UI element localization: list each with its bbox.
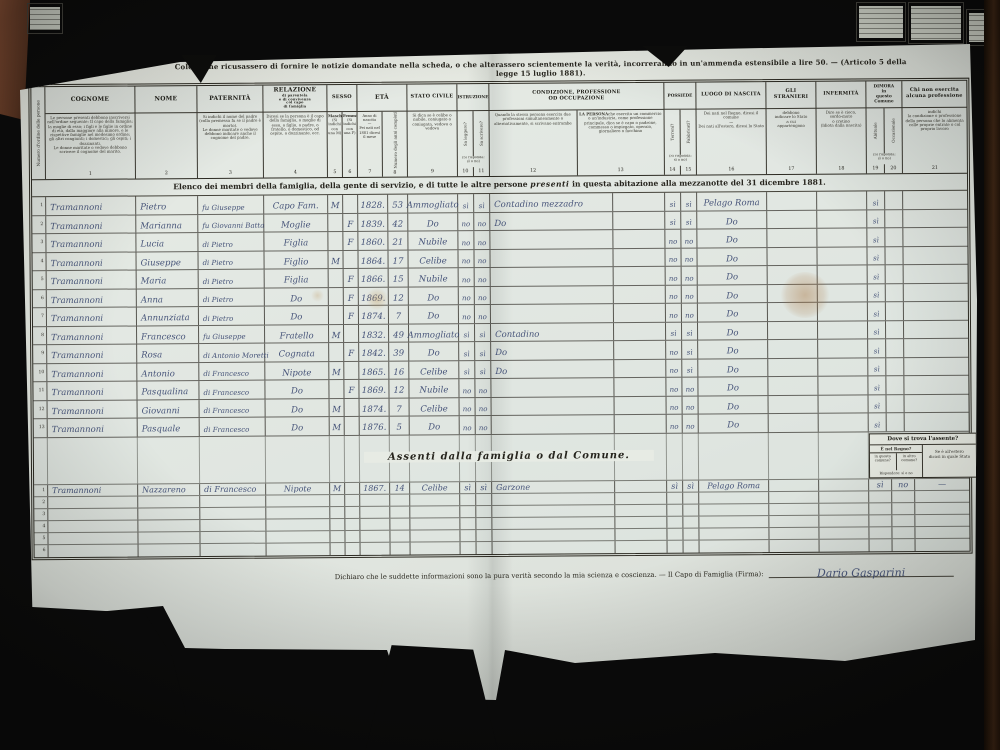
cell-cognome: Tramannoni [47,289,137,307]
cell-sa-scrivere: no [475,379,491,397]
census-sheet-photo: Coloro che ricusassero di fornire le not… [0,0,1000,750]
cell-anni-compiuti: 14 [390,482,410,493]
cell-sa-scrivere: no [475,305,491,323]
cell-sa-leggere: no [459,287,475,305]
cell-anno-nascita [360,518,390,529]
cell-stranieri [768,358,818,376]
cell-sa-scrivere: sì [476,482,492,493]
cell-la-persona [614,341,666,359]
cell-relazione: Do [266,399,330,417]
cell-anni-compiuti: 17 [388,250,408,268]
cell-possiede-fabbricati [683,516,699,527]
cell-sa-leggere: no [459,268,475,286]
cell-relazione: Figlia [264,232,328,250]
cell-dimora-abituale: sì [869,413,887,431]
cell-possiede-fabbricati: no [682,285,698,303]
cell-cognome: Tramannoni [48,400,138,418]
cell-la-persona [616,540,668,552]
cell-possiede-terreni: no [667,415,683,433]
column-infermita-header: INFERMITÀ Dire se è cieco, sordo-muto o … [816,81,867,173]
cell-possiede-terreni [667,528,683,539]
cell-dimora-abituale: sì [867,191,885,209]
cell-infermita [819,395,869,413]
cell-in-questo-comune [869,527,892,538]
cell-possiede-fabbricati: sì [683,480,699,491]
cell-possiede-terreni [667,504,683,515]
cell-cognome: Tramannoni [48,484,138,496]
cell-sa-leggere: no [458,231,474,249]
cell-relazione [266,519,330,530]
cell-luogo-nascita: Do [698,340,768,358]
cell-dimora-occasionale [886,321,904,339]
column-dimora-header: DIMORA in questo Comune Abituale Occasio… [866,81,903,173]
cell-chi-non-esercita [904,265,968,283]
cell-relazione: Capo Fam. [264,195,328,213]
cell-cognome: Tramannoni [47,344,137,362]
cell-sesso-f [344,324,359,342]
cell-cognome [49,544,139,557]
cell-anno-nascita: 1874. [360,398,390,416]
cell-in-questo-comune [869,503,892,514]
cell-stranieri [769,395,819,413]
cell-nome: Lucia [136,233,198,251]
cell-cognome: Tramannoni [47,381,137,399]
cell-sesso-m [329,306,344,324]
cell-sa-scrivere [476,530,492,541]
paper-stain [780,272,830,318]
cell-cognome [48,520,138,532]
cell-sa-scrivere: sì [475,324,491,342]
cell-possiede-fabbricati [683,528,699,539]
cell-stranieri [769,503,819,514]
cell-stranieri [768,321,818,339]
cell-luogo-nascita: Do [697,248,767,266]
cell-nome [138,532,200,543]
cell-possiede-terreni: sì [665,193,681,211]
column-cognome-header: COGNOME Le persone presenti debbono insc… [45,87,136,180]
cell-dimora-abituale: sì [868,339,886,357]
column-nome-header: NOME 2 [135,86,198,178]
cell-stranieri [767,192,817,210]
cell-possiede-terreni: no [665,230,681,248]
cell-paternita: di Francesco [200,483,266,494]
cell-in-questo-comune [870,539,893,551]
cell-stato-estero [915,514,969,525]
cell-la-persona [614,304,666,322]
cell-dimora-abituale: sì [869,395,887,413]
cell-paternita: di Pietro [199,307,265,325]
cell-stato-civile: Celibe [410,398,460,416]
cell-row-number: 6 [35,545,49,557]
cell-sesso-m: M [328,251,343,269]
cell-relazione: Nipote [265,362,329,380]
cell-in-questo-comune [869,515,892,526]
column-chi-non-esercita-header: Chi non esercita alcuna professione indi… [902,81,967,173]
cell-sesso-m [329,288,344,306]
cell-condizione [492,505,615,517]
cell-possiede-terreni: sì [667,480,683,491]
cell-dimora-occasionale [886,284,904,302]
cell-chi-non-esercita [903,209,967,227]
cell-stato-civile: Celibe [409,361,459,379]
cell-la-persona [613,193,665,211]
cell-nome [138,496,200,507]
cell-relazione [266,531,330,542]
cell-sa-leggere: no [458,213,474,231]
cell-sesso-f [345,530,360,541]
cell-chi-non-esercita [904,283,968,301]
cell-infermita [818,376,868,394]
cell-luogo-nascita: Do [698,266,768,284]
census-form: Coloro che ricusassero di fornire le not… [13,41,992,583]
cell-sesso-f: F [344,269,359,287]
cell-dimora-occasionale [887,413,905,431]
cell-condizione: Do [490,212,613,230]
cell-anni-compiuti [390,506,410,517]
column-luogo-nascita-header: LUOGO DI NASCITA Dei nati nel Regno, dic… [696,82,767,174]
cell-row-number: 8 [33,327,47,345]
cell-condizione [491,267,614,285]
cell-possiede-fabbricati: no [683,396,699,414]
head-of-family-signature: Dario Gasparini [817,566,905,580]
cell-sa-scrivere: sì [475,361,491,379]
cell-dimora-occasionale [885,228,903,246]
cell-sa-scrivere: no [474,231,490,249]
cell-cognome: Tramannoni [47,271,137,289]
cell-stato-estero [915,490,969,501]
cell-stranieri [768,377,818,395]
cell-cognome: Tramannoni [47,363,137,381]
cell-sesso-f: F [343,232,358,250]
cell-paternita [200,531,266,542]
cell-sesso-m: M [328,195,343,213]
cell-stato-civile: Do [410,416,460,434]
cell-cognome: Tramannoni [46,234,136,252]
cell-infermita [817,228,867,246]
column-eta-header: ETÀ Anno di nascita — Pei nati nel 1881 … [357,85,408,177]
cell-nome: Pietro [136,196,198,214]
cell-chi-non-esercita [904,302,968,320]
cell-sesso-m [328,232,343,250]
cell-in-questo-comune: sì [869,479,892,490]
cell-stato-estero [915,502,969,513]
cell-sa-leggere: no [459,305,475,323]
cell-sesso-m [329,269,344,287]
cell-row-number: 3 [32,234,46,252]
cell-sesso-f: F [344,343,359,361]
cell-possiede-fabbricati: no [682,267,698,285]
column-ordinal-header: Numero d'ordine delle persone [31,87,46,179]
cell-anni-compiuti: 15 [389,269,409,287]
column-relazione-header: RELAZIONEdi parentela e di convivenza co… [263,85,328,177]
cell-cognome: Tramannoni [47,326,137,344]
cell-sa-scrivere: no [476,416,492,434]
cell-possiede-fabbricati [683,492,699,503]
cell-luogo-nascita [700,540,770,552]
cell-paternita: di Francesco [199,362,265,380]
cell-in-altro-comune [892,527,915,538]
cell-relazione [267,543,331,555]
cell-sesso-m [329,343,344,361]
cell-row-number: 4 [34,521,48,532]
cell-nome [139,544,201,556]
paper-stain [365,288,389,310]
cell-dimora-abituale: sì [868,302,886,320]
cell-la-persona [615,492,667,503]
cell-stato-civile: Nubile [409,379,459,397]
cell-infermita [819,527,869,538]
cell-luogo-nascita [699,528,769,539]
cell-sa-leggere: no [460,398,476,416]
cell-anno-nascita: 1869. [359,380,389,398]
cell-sa-leggere: sì [460,482,476,493]
cell-row-number: 5 [34,533,48,544]
cell-condizione [491,378,614,396]
cell-possiede-fabbricati: no [683,415,699,433]
cell-nome: Giovanni [138,400,200,418]
cell-relazione [266,507,330,518]
bottom-left-shadow [14,594,186,714]
cell-la-persona [613,211,665,229]
cell-dimora-occasionale [886,376,904,394]
cell-anno-nascita: 1842. [359,343,389,361]
cell-luogo-nascita: Do [697,229,767,247]
cell-condizione [492,415,615,433]
cell-relazione: Nipote [266,483,330,494]
back-sheet-fragment [27,3,63,34]
cell-infermita [818,358,868,376]
cell-stranieri [770,539,820,551]
cell-paternita [200,507,266,518]
cell-sesso-f [343,195,358,213]
cell-cognome [48,508,138,520]
cell-chi-non-esercita [904,357,968,375]
cell-dimora-abituale: sì [867,247,885,265]
cell-infermita [818,339,868,357]
cell-row-number: 13 [34,419,48,437]
cell-sesso-f [345,506,360,517]
cell-anni-compiuti: 7 [389,306,409,324]
cell-stato-civile: Ammogliato [409,324,459,342]
column-possiede-header: POSSIEDE Terreni? Fabbricati? (Si rispon… [664,83,697,175]
cell-sesso-f [343,250,358,268]
cell-paternita [200,495,266,506]
cell-sesso-m [330,507,345,518]
cell-in-altro-comune: no [892,479,915,490]
where-is-absentee-box: Dove si trova l'assente? È nel Regno? in… [869,432,977,478]
cell-anni-compiuti [390,518,410,529]
cell-paternita: di Antonio Moretti [199,344,265,362]
cell-condizione [490,249,613,267]
cell-row-number: 10 [33,364,47,382]
cell-anni-compiuti: 21 [388,232,408,250]
cell-relazione: Do [265,306,329,324]
cell-relazione: Figlia [265,269,329,287]
cell-cognome: Tramannoni [46,215,136,233]
cell-la-persona [614,285,666,303]
cell-sa-leggere: no [460,416,476,434]
cell-relazione: Figlio [264,251,328,269]
cell-chi-non-esercita [904,320,968,338]
cell-sesso-m: M [330,399,345,417]
cell-row-number: 2 [32,216,46,234]
cell-paternita [201,543,267,555]
cell-row-number: 9 [33,345,47,363]
cell-chi-non-esercita [904,339,968,357]
cell-nome: Giuseppe [136,252,198,270]
cell-sa-leggere [460,506,476,517]
cell-cognome: Tramannoni [48,418,138,436]
cell-luogo-nascita: Pelago Roma [699,480,769,491]
cell-condizione: Contadino [491,323,614,341]
cell-sesso-m [330,495,345,506]
cell-infermita [819,515,869,526]
cell-anno-nascita: 1876. [360,417,390,435]
cell-paternita: di Pietro [199,270,265,288]
cell-sesso-f [345,518,360,529]
cell-nome: Anna [137,289,199,307]
cell-infermita [819,413,869,431]
cell-row-number: 1 [32,197,46,215]
cell-in-altro-comune [893,539,916,551]
cell-sa-leggere [460,518,476,529]
cell-in-altro-comune [892,491,915,502]
back-sheet-fragment [908,2,964,44]
column-condizione-header: CONDIZIONE, PROFESSIONE OD OCCUPAZIONE Q… [489,83,665,176]
signature-line: Dario Gasparini [768,562,953,577]
cell-paternita: fu Giuseppe [199,325,265,343]
cell-condizione [493,541,616,554]
cell-possiede-terreni: sì [665,211,681,229]
cell-anno-nascita: 1864. [358,250,388,268]
cell-sesso-f [345,417,360,435]
cell-dimora-abituale: sì [867,228,885,246]
cell-infermita [817,191,867,209]
cell-infermita [820,539,870,551]
cell-condizione: Contadino mezzadro [490,193,613,211]
cell-condizione [490,230,613,248]
cell-sa-scrivere: no [475,268,491,286]
legal-warning-text: Coloro che ricusassero di fornire le not… [163,57,918,80]
cell-dimora-occasionale [885,210,903,228]
cell-cognome: Tramannoni [47,307,137,325]
cell-nome: Pasqualina [137,381,199,399]
cell-possiede-fabbricati: sì [682,341,698,359]
cell-dimora-abituale: sì [867,210,885,228]
cell-cognome [48,496,138,508]
cell-chi-non-esercita [904,376,968,394]
cell-sa-scrivere: sì [474,194,490,212]
cell-stato-estero [915,526,969,537]
cell-stato-civile: Do [408,213,458,231]
cell-nome: Pasquale [138,418,200,436]
absent-rows: 1 Tramannoni Nazzareno di Francesco Nipo… [34,478,969,557]
cell-la-persona [614,322,666,340]
cell-row-number: 2 [34,497,48,508]
cell-nome: Antonio [137,363,199,381]
cell-condizione [492,493,615,505]
cell-stato-civile: Celibe [410,482,460,493]
cell-row-number: 1 [34,485,48,496]
cell-anno-nascita: 1839. [358,213,388,231]
cell-sesso-f [346,542,361,554]
cell-la-persona [614,378,666,396]
column-stato-civile-header: STATO CIVILE Si dica se è celibe o nubil… [407,84,458,176]
cell-sa-scrivere: no [474,250,490,268]
cell-row-number: 6 [33,290,47,308]
cell-sa-scrivere [476,494,492,505]
wood-table-edge [984,0,1000,750]
cell-la-persona [614,267,666,285]
cell-condizione: Garzone [492,481,615,493]
cell-luogo-nascita: Do [698,322,768,340]
cell-anni-compiuti: 12 [389,380,409,398]
cell-sa-scrivere [477,542,493,554]
cell-la-persona [615,480,667,491]
cell-sesso-m [330,519,345,530]
declaration-line: Dichiaro che le suddette informazioni so… [335,560,954,580]
cell-luogo-nascita [699,504,769,515]
cell-dimora-occasionale [886,302,904,320]
cell-paternita: di Francesco [200,399,266,417]
cell-row-number: 11 [33,382,47,400]
cell-stato-estero [916,538,970,550]
cell-luogo-nascita [699,492,769,503]
cell-possiede-fabbricati: sì [681,193,697,211]
cell-paternita: di Pietro [199,288,265,306]
cell-anni-compiuti: 5 [390,417,410,435]
cell-luogo-nascita: Do [697,211,767,229]
cell-condizione [491,286,614,304]
cell-sesso-f: F [343,213,358,231]
cell-stato-civile [410,530,460,541]
cell-stato-civile: Nubile [409,268,459,286]
census-paper: Coloro che ricusassero di fornire le not… [15,0,990,712]
cell-possiede-terreni: no [665,248,681,266]
cell-stato-civile: Do [409,305,459,323]
cell-la-persona [613,230,665,248]
cell-sa-scrivere [476,506,492,517]
column-sesso-header: SESSO Maschio(Si indichi con una M) 5 Fe… [327,85,358,177]
table-header: Numero d'ordine delle persone COGNOME Le… [31,81,967,181]
cell-condizione: Do [491,341,614,359]
cell-la-persona [615,528,667,539]
cell-possiede-terreni [667,516,683,527]
cell-anni-compiuti: 7 [390,398,410,416]
cell-luogo-nascita: Do [698,285,768,303]
cell-sa-leggere [460,530,476,541]
cell-luogo-nascita: Do [699,414,769,432]
cell-infermita [819,491,869,502]
cell-la-persona [615,504,667,515]
cell-in-altro-comune [892,503,915,514]
cell-in-questo-comune [869,491,892,502]
cell-anno-nascita: 1865. [359,361,389,379]
column-stranieri-header: GLI STRANIERI debbono indicare lo Stato … [766,82,817,174]
cell-la-persona [615,396,667,414]
cell-possiede-fabbricati [683,504,699,515]
cell-sa-scrivere: no [474,213,490,231]
cell-infermita [819,503,869,514]
cell-sa-leggere: sì [458,194,474,212]
cell-dimora-occasionale [885,191,903,209]
cell-chi-non-esercita [905,394,969,412]
cell-relazione: Moglie [264,214,328,232]
cell-stranieri [767,229,817,247]
cell-la-persona [615,516,667,527]
cell-nome: Annunziata [137,307,199,325]
cell-sesso-m [330,531,345,542]
